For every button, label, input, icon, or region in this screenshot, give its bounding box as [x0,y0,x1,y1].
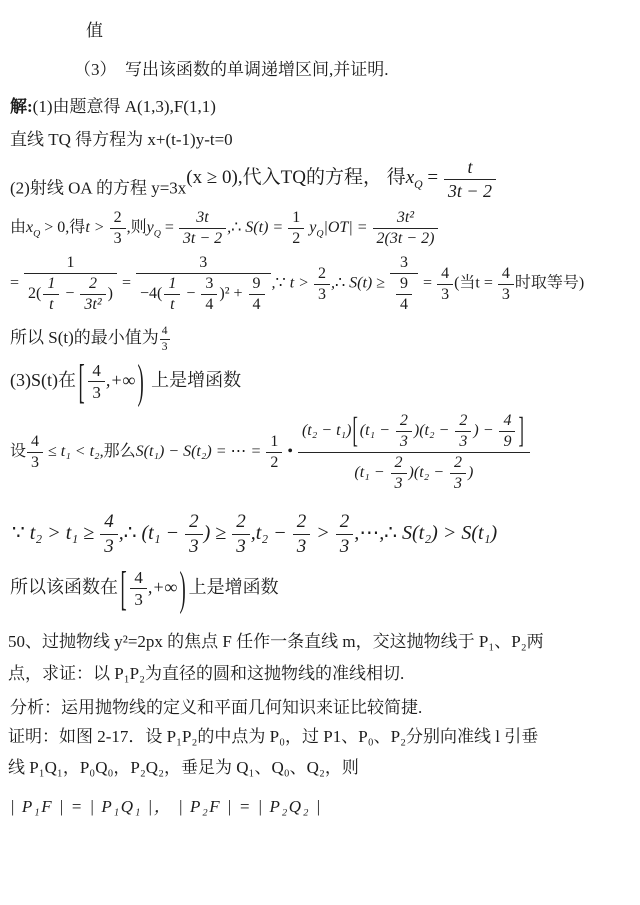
nested-fraction: 23 [395,411,413,452]
nested-fraction: 1t [163,274,181,315]
text-run: |OT| = [323,219,371,236]
minus-sign: − [61,285,78,302]
question-part-3: （3） 写出该函数的单调递增区间,并证明. [74,55,632,80]
distance-equalities: | P₁F | = | P₁Q₁ |， | P₂F | = | P₂Q₂ | [10,792,632,817]
text-run: 所以该函数在 [10,577,118,597]
fraction: 23 [109,208,127,249]
infinity-text: ,+∞ [106,370,135,390]
fraction: 43 [99,510,119,559]
raised-formula: (x ≥ 0),代入TQ的方程， 得xQ = t3t − 2 [186,167,497,188]
text-run: ,∴ S(t) ≥ [331,275,389,292]
solution-part-3: (3)S(t)在[43,+∞) 上是增函数 [10,360,632,404]
dot-operator: • [283,444,297,461]
text-run: ) [108,285,113,302]
variable-x: x [406,167,414,188]
nested-fraction: 49 [498,411,516,452]
fraction-numerator: 2 [455,411,471,432]
fraction-denominator: 3 [391,474,407,494]
fraction-denominator: 3 [185,535,203,559]
fraction-numerator: (t₂ − t₁)[(t₁ − 23)(t₂ − 23) − 49] [298,411,530,453]
text-run: S(t₁) − S(t₂) = ⋯ = [136,444,266,461]
text-run: （3） 写出该函数的单调递增区间,并证明. [74,60,389,79]
nested-fraction: 23 [390,453,408,494]
text-run: ) [468,465,473,482]
text-run: (x ≥ 0),代入TQ的方程， 得 [186,167,405,188]
proof-line-1: 证明：如图 2-17．设 P₁P₂的中点为 P₀，过 P1、P₀、P₂分别向准线… [8,722,632,753]
fraction-numerator: 4 [27,432,43,453]
solution-part-1: 解:(1)由题意得 A(1,3),F(1,1) [10,92,632,117]
fraction-denominator: 4 [249,295,265,315]
nested-fraction: 23 [454,411,472,452]
fraction: 23 [292,510,312,559]
text-run: ) ≥ [204,522,232,544]
equals-sign: = [423,167,443,188]
monotonic-setup: 设43 ≤ t₁ < t₂,那么S(t₁) − S(t₂) = ⋯ = 12 •… [10,411,632,494]
fraction-numerator: t [444,156,496,180]
fraction-numerator: 9 [396,274,412,295]
text-run: 所以 S(t)的最小值为 [10,328,159,347]
fraction-denominator: t [43,295,59,315]
problem-50: 50、过抛物线 y²=2px 的焦点 F 任作一条直线 m，交这抛物线于 P₁、… [8,626,632,689]
text-run: (3)S(t)在 [10,370,76,390]
fraction-denominator: 3 [130,589,147,610]
text-run: | P₁F | = | P₁Q₁ |， | P₂F | = | P₂Q₂ | [10,797,322,816]
text-run: ) − [473,423,497,440]
text-run: ,t₂ − [251,522,292,544]
fraction-numerator: 2 [396,411,412,432]
variable-y: y [147,219,154,236]
nested-fraction: 34 [200,274,218,315]
equals-sign: = [161,219,178,236]
analysis: 分析：运用抛物线的定义和平面几何知识来证比较简捷. [10,693,632,718]
text-run: ,∵ t > [272,275,313,292]
text-run: 由 [10,219,26,236]
nested-fraction: 1t [42,274,60,315]
fraction-numerator: 1 [288,208,304,229]
st-minimum: 所以 S(t)的最小值为43 [10,323,632,354]
fraction-numerator: 4 [130,567,147,589]
big-right-bracket: ] [518,409,525,454]
fraction-denominator: 3 [314,285,330,305]
text-run: −4( [140,285,162,302]
fraction-numerator: 1 [266,432,282,453]
fraction-denominator: t [164,295,180,315]
fraction-numerator: 2 [391,453,407,474]
fraction-denominator: 94 [390,274,418,315]
fraction-denominator: 2(3t − 2) [373,229,439,249]
fraction: t3t − 2 [443,156,497,202]
text-run: (2)射线 OA 的方程 [10,178,151,197]
fraction-numerator: 4 [437,264,453,285]
fraction-numerator: 1 [164,274,180,295]
fraction-numerator: 1 [43,274,59,295]
fraction-numerator: 2 [450,453,466,474]
fraction-numerator: 3t² [373,208,439,229]
fraction-numerator: 4 [499,411,515,432]
fraction-denominator: 3 [450,474,466,494]
fraction: 23 [335,510,355,559]
fraction-denominator: 3 [27,453,43,473]
fraction-denominator: 4 [396,295,412,315]
fraction-numerator: 2 [314,264,330,285]
fraction-denominator: 3 [396,432,412,452]
fraction: 23 [184,510,204,559]
nested-fraction: 94 [248,274,266,315]
nested-fraction: 94 [395,274,413,315]
fraction: 43 [436,264,454,305]
big-right-paren: ) [178,561,188,617]
big-left-bracket: [ [352,409,359,454]
fraction-denominator: 2 [288,229,304,249]
subscript-q: Q [414,178,423,191]
dangling-line: 值 [86,16,632,41]
text-run: 设 [10,444,26,461]
monotonic-conclusion: 所以该函数在[43,+∞)上是增函数 [10,567,632,611]
fraction: 12(1t − 23t²) [23,253,118,315]
fraction-numerator: 3 [390,253,418,274]
fraction: 3t²2(3t − 2) [372,208,440,249]
minus-sign: − [182,285,199,302]
fraction: 12 [287,208,305,249]
fraction-denominator: 3 [88,382,105,403]
fraction-denominator: 3t − 2 [444,180,496,203]
text-run: 2( [28,285,41,302]
text-run: 那么 [104,444,136,461]
fraction-denominator: 3 [498,285,514,305]
nested-fraction: 23 [449,453,467,494]
proof: 证明：如图 2-17．设 P₁P₂的中点为 P₀，过 P1、P₀、P₂分别向准线… [8,722,632,783]
fraction: 43 [129,567,148,611]
fraction-numerator: 4 [88,360,105,382]
equals-sign: = [118,275,135,292]
text-run: 上是增函数 [189,577,279,597]
text-run: > [311,522,335,544]
text-run: 直线 TQ 得方程为 x+(t-1)y-t=0 [10,130,233,149]
fraction: 43 [26,432,44,473]
proof-line-2: 线 P₁Q₁，P₀Q₀，P₂Q₂，垂足为 Q₁、Q₀、Q₂，则 [8,753,632,784]
big-fraction: (t₂ − t₁)[(t₁ − 23)(t₂ − 23) − 49](t₁ − … [297,411,531,494]
st-derivation: 由xQ > 0,得t > 23,则yQ = 3t3t − 2,∴ S(t) = … [10,208,632,249]
fraction-numerator: 2 [232,510,250,535]
fraction-numerator: 4 [498,264,514,285]
big-left-bracket: [ [77,354,87,410]
text-run: )² + [219,285,246,302]
fraction-denominator: 3 [336,535,354,559]
fraction-denominator: 3 [110,229,126,249]
text-run: 值 [86,21,103,40]
text-run: (当t = [454,275,497,292]
solution-part-2: (2)射线 OA 的方程 y=3x(x ≥ 0),代入TQ的方程， 得xQ = … [10,156,632,202]
text-run: 分析：运用抛物线的定义和平面几何知识来证比较简捷. [10,698,422,717]
fraction: 12 [265,432,283,473]
fraction: 23 [231,510,251,559]
equals-sign: = [10,275,23,292]
fraction-numerator: 2 [185,510,203,535]
fraction-numerator: 3 [136,253,271,274]
variable-y: y [305,219,316,236]
text-run: (1)由题意得 A(1,3),F(1,1) [33,97,216,116]
fraction-numerator: 2 [293,510,311,535]
nested-fraction: 23t² [79,274,106,315]
fraction: 23 [313,264,331,305]
fraction-numerator: 1 [24,253,117,274]
fraction-numerator: 2 [80,274,105,295]
fraction: 43 [159,324,171,354]
solution-label: 解: [10,97,33,116]
problem-50-line-1: 50、过抛物线 y²=2px 的焦点 F 任作一条直线 m，交这抛物线于 P₁、… [8,626,632,657]
fraction-denominator: 3t² [80,295,105,315]
problem-50-line-2: 点，求证：以 P₁P₂为直径的圆和这抛物线的准线相切. [8,658,632,689]
fraction-numerator: 3t [179,208,226,229]
text-run: (t₂ − t₁) [302,423,351,440]
fraction-denominator: 3 [160,340,170,354]
fraction-denominator: 3t − 2 [179,229,226,249]
line-tq-equation: 直线 TQ 得方程为 x+(t-1)y-t=0 [10,125,632,150]
fraction-numerator: 3 [201,274,217,295]
equals-sign: = [419,275,436,292]
big-left-bracket: [ [119,561,129,617]
text-run: > 0,得 [40,219,85,236]
st-inequality: = 12(1t − 23t²) = 3−4(1t − 34)² + 94,∵ t… [10,253,632,315]
fraction: 3−4(1t − 34)² + 94 [135,253,272,315]
text-run: )(t₂ − [414,423,453,440]
text-run: ,∴ S(t) = [227,219,287,236]
stacked-fraction: 394 [389,253,419,315]
fraction-numerator: 9 [249,274,265,295]
fraction-denominator: 9 [499,432,515,452]
document-page: 值 （3） 写出该函数的单调递增区间,并证明. 解:(1)由题意得 A(1,3)… [0,0,640,817]
ray-equation: y=3x [151,178,186,197]
fraction-denominator: 3 [232,535,250,559]
fraction: 3t3t − 2 [178,208,227,249]
fraction: 43 [497,264,515,305]
subscript-q: Q [154,228,161,239]
fraction-numerator: 4 [160,324,170,339]
text-run: 时取等号) [515,275,584,292]
text-run: ,⋯,∴ S(t₂) > S(t₁) [354,522,497,544]
text-run: (t₁ − [360,423,394,440]
fraction-denominator: 3 [100,535,118,559]
fraction-numerator: 4 [100,510,118,535]
monotonic-inequality: ∵ t₂ > t₁ ≥ 43,∴ (t₁ − 23) ≥ 23,t₂ − 23 … [12,510,632,559]
fraction-denominator: 3 [437,285,453,305]
fraction-denominator: 2 [266,453,282,473]
big-right-paren: ) [136,354,146,410]
text-run: ≤ t₁ < t₂, [44,444,104,461]
fraction-denominator: 2(1t − 23t²) [24,274,117,315]
text-run: )(t₂ − [409,465,448,482]
fraction-denominator: (t₁ − 23)(t₂ − 23) [298,453,530,494]
fraction: 43 [87,360,106,404]
text-run: ,则 [127,219,147,236]
fraction-numerator: 2 [110,208,126,229]
fraction-denominator: 4 [201,295,217,315]
infinity-text: ,+∞ [148,577,177,597]
fraction-denominator: 3 [293,535,311,559]
text-run: t > [85,219,108,236]
fraction-numerator: 2 [336,510,354,535]
text-run: ∵ t₂ > t₁ ≥ [12,522,99,544]
fraction-denominator: −4(1t − 34)² + 94 [136,274,271,315]
text-run: ,∴ (t₁ − [119,522,184,544]
text-run: (t₁ − [354,465,388,482]
text-run: 上是增函数 [147,370,242,390]
fraction-denominator: 3 [455,432,471,452]
